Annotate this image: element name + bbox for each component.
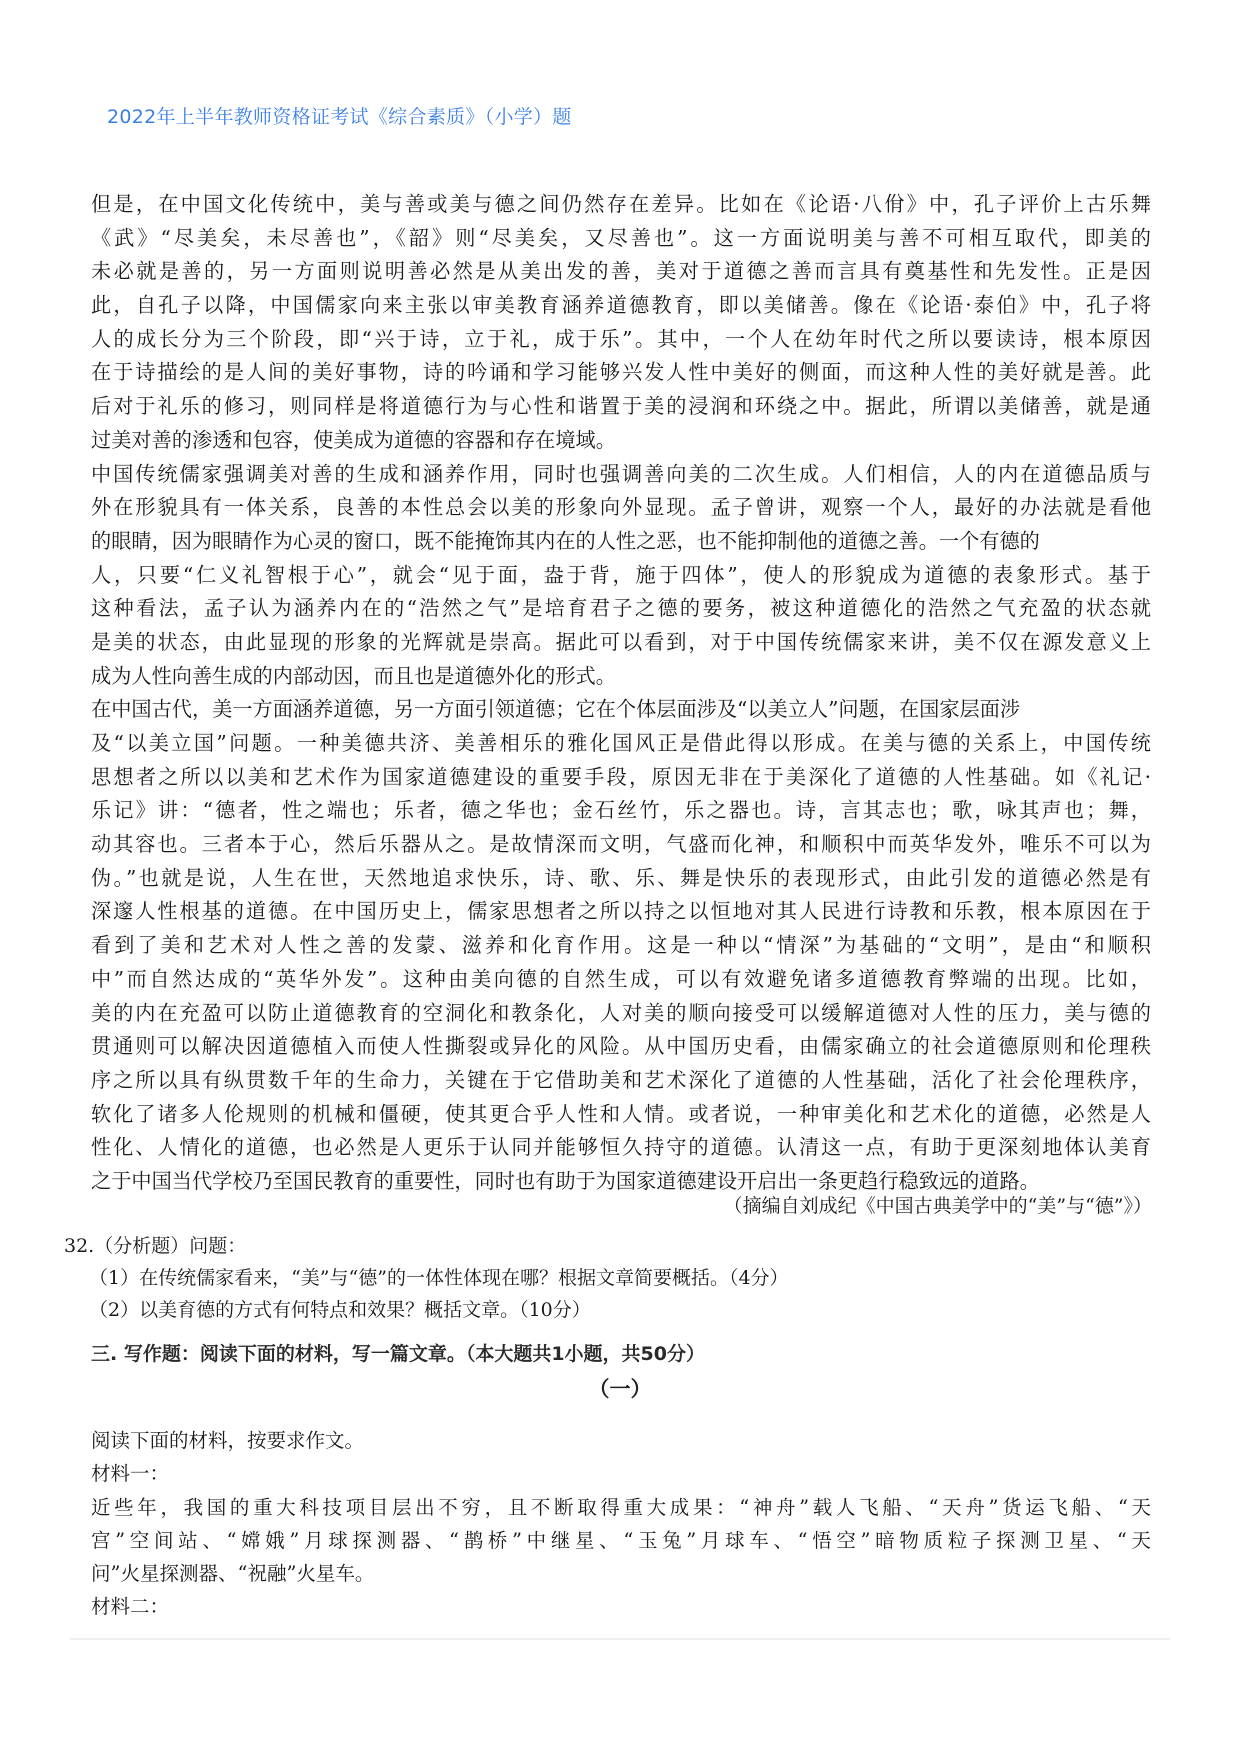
page-divider xyxy=(70,1638,1170,1640)
passage-line: 过美对善的渗透和包容，使美成为道德的容器和存在境域。 xyxy=(91,424,1151,458)
passage-line: 序之所以具有纵贯数千年的生命力，关键在于它借助美和艺术深化了道德的人性基础，活化… xyxy=(91,1064,1151,1098)
writing-section-heading: 三. 写作题：阅读下面的材料，写一篇文章。（本大题共1小题，共50分） xyxy=(91,1339,705,1366)
passage-line: 未必就是善的，另一方面则说明善必然是从美出发的善，美对于道德之善而言具有奠基性和… xyxy=(91,255,1151,289)
instruction-line: 阅读下面的材料，按要求作文。 xyxy=(91,1424,1151,1457)
material-label: 材料一： xyxy=(91,1457,1151,1490)
passage-line: 成为人性向善生成的内部动因，而且也是道德外化的形式。 xyxy=(91,660,1151,694)
question-stem: 32.（分析题）问题： xyxy=(64,1230,789,1262)
passage-line: 性化、人情化的道德，也必然是人更乐于认同并能够恒久持守的道德。认清这一点，有助于… xyxy=(91,1131,1151,1165)
passage-line: 贯通则可以解决因道德植入而使人性撕裂或异化的风险。从中国历史看，由儒家确立的社会… xyxy=(91,1030,1151,1064)
passage-line: 后对于礼乐的修习，则同样是将道德行为与心性和谐置于美的浸润和环绕之中。据此，所谓… xyxy=(91,390,1151,424)
passage-line: 《武》“尽美矣，未尽善也”，《韶》则“尽美矣，又尽善也”。这一方面说明美与善不可… xyxy=(91,222,1151,256)
passage-line: 动其容也。三者本于心，然后乐器从之。是故情深而文明，气盛而化神，和顺积中而英华发… xyxy=(91,828,1151,862)
passage-line: 伪。”也就是说，人生在世，天然地追求快乐，诗、歌、乐、舞是快乐的表现形式，由此引… xyxy=(91,862,1151,896)
subsection-number: （一） xyxy=(0,1373,1240,1403)
passage-line: 此，自孔子以降，中国儒家向来主张以审美教育涵养道德教育，即以美储善。像在《论语·… xyxy=(91,289,1151,323)
passage-line: 外在形貌具有一体关系，良善的本性总会以美的形象向外显现。孟子曾讲，观察一个人，最… xyxy=(91,491,1151,525)
passage-line: 看到了美和艺术对人性之善的发蒙、滋养和化育作用。这是一种以“情深”为基础的“文明… xyxy=(91,929,1151,963)
reading-passage: 但是，在中国文化传统中，美与善或美与德之间仍然存在差异。比如在《论语·八佾》中，… xyxy=(91,188,1151,1199)
passage-line: 是美的状态，由此显现的形象的光辉就是崇高。据此可以看到，对于中国传统儒家来讲，美… xyxy=(91,626,1151,660)
passage-line: 深邃人性根基的道德。在中国历史上，儒家思想者之所以持之以恒地对其人民进行诗教和乐… xyxy=(91,895,1151,929)
passage-line: 的眼睛，因为眼睛作为心灵的窗口，既不能掩饰其内在的人性之恶，也不能抑制他的道德之… xyxy=(91,525,1151,559)
passage-line: 在中国古代，美一方面涵养道德，另一方面引领道德；它在个体层面涉及“以美立人”问题… xyxy=(91,693,1151,727)
passage-line: 美的内在充盈可以防止道德教育的空洞化和教条化，人对美的顺向接受可以缓解道德对人性… xyxy=(91,997,1151,1031)
passage-line: 这种看法，孟子认为涵养内在的“浩然之气”是培育君子之德的要务，被这种道德化的浩然… xyxy=(91,592,1151,626)
passage-line: 人的成长分为三个阶段，即“兴于诗，立于礼，成于乐”。其中，一个人在幼年时代之所以… xyxy=(91,323,1151,357)
passage-line: 中国传统儒家强调美对善的生成和涵养作用，同时也强调善向美的二次生成。人们相信，人… xyxy=(91,458,1151,492)
material-line: 问”火星探测器、“祝融”火星车。 xyxy=(91,1557,1151,1590)
sub-question-1: （1）在传统儒家看来，“美”与“德”的一体性体现在哪？根据文章简要概括。（4分） xyxy=(64,1262,789,1294)
page-title: 2022年上半年教师资格证考试《综合素质》（小学）题 xyxy=(107,102,572,129)
material-line: 宫”空间站、“嫦娥”月球探测器、“鹊桥”中继星、“玉兔”月球车、“悟空”暗物质粒… xyxy=(91,1524,1151,1557)
passage-line: 思想者之所以以美和艺术作为国家道德建设的重要手段，原因无非在于美深化了道德的人性… xyxy=(91,761,1151,795)
passage-line: 乐记》讲：“德者，性之端也；乐者，德之华也；金石丝竹，乐之器也。诗，言其志也；歌… xyxy=(91,794,1151,828)
analysis-question: 32.（分析题）问题： （1）在传统儒家看来，“美”与“德”的一体性体现在哪？根… xyxy=(64,1230,789,1326)
passage-line: 中”而自然达成的“英华外发”。这种由美向德的自然生成，可以有效避免诸多道德教育弊… xyxy=(91,963,1151,997)
passage-line: 软化了诸多人伦规则的机械和僵硬，使其更合乎人性和人情。或者说，一种审美化和艺术化… xyxy=(91,1098,1151,1132)
writing-materials: 阅读下面的材料，按要求作文。 材料一： 近些年，我国的重大科技项目层出不穷，且不… xyxy=(91,1424,1151,1624)
passage-line: 及“以美立国”问题。一种美德共济、美善相乐的雅化国风正是借此得以形成。在美与德的… xyxy=(91,727,1151,761)
passage-line: 但是，在中国文化传统中，美与善或美与德之间仍然存在差异。比如在《论语·八佾》中，… xyxy=(91,188,1151,222)
material-label: 材料二： xyxy=(91,1590,1151,1623)
passage-source-citation: （摘编自刘成纪《中国古典美学中的“美”与“德”》） xyxy=(724,1191,1152,1218)
sub-question-2: （2）以美育德的方式有何特点和效果？概括文章。（10分） xyxy=(64,1294,789,1326)
material-line: 近些年，我国的重大科技项目层出不穷，且不断取得重大成果：“神舟”载人飞船、“天舟… xyxy=(91,1491,1151,1524)
passage-line: 人，只要“仁义礼智根于心”，就会“见于面，盎于背，施于四体”，使人的形貌成为道德… xyxy=(91,559,1151,593)
passage-line: 在于诗描绘的是人间的美好事物，诗的吟诵和学习能够兴发人性中美好的侧面，而这种人性… xyxy=(91,356,1151,390)
